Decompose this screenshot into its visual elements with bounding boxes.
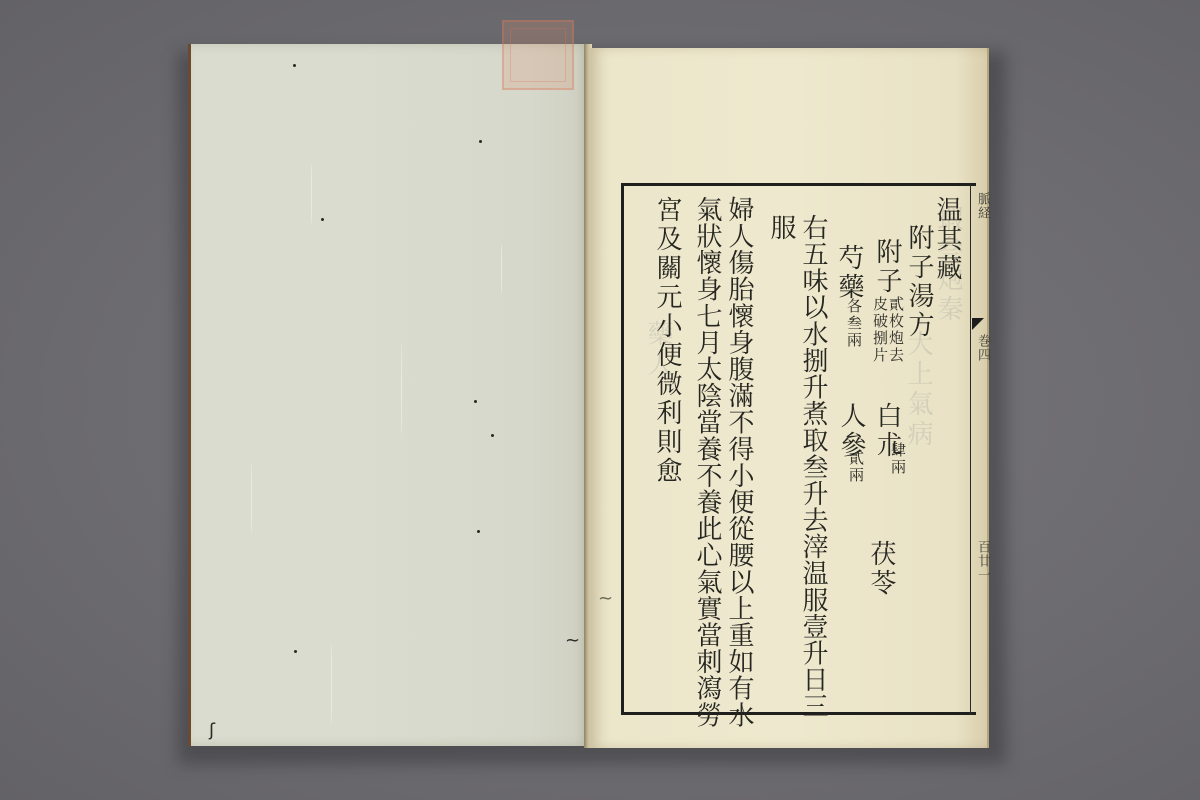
ingredient-fuzi-note-2: 皮破捌片	[872, 296, 887, 364]
library-seal-stamp	[502, 20, 574, 90]
fishtail-mark	[972, 318, 984, 330]
paper-fiber	[401, 344, 402, 434]
margin-chapter: 巻四	[973, 334, 992, 362]
ingredient-fuling: 茯苓	[868, 540, 894, 598]
text-column-1: 温其藏	[934, 196, 960, 283]
text-column-pregnancy-1: 婦人傷胎懷身腹滿不得小便從腰以上重如有水	[726, 196, 752, 728]
text-column-pregnancy-3: 宮及關元小便微利則愈	[654, 196, 680, 486]
paper-fiber	[501, 244, 502, 294]
ingredient-fuzi: 附子	[874, 238, 900, 296]
ink-speck	[293, 64, 296, 67]
text-column-2-prescription-title: 附子湯方	[906, 224, 932, 340]
ink-speck	[321, 218, 324, 221]
text-column-pregnancy-2: 氣狀懷身七月太陰當養不養此心氣實當刺瀉勞	[694, 196, 720, 728]
margin-title: 脈経	[973, 192, 992, 220]
ingredient-renshen-note: 貳兩	[848, 450, 863, 484]
ink-speck	[477, 530, 480, 533]
ink-speck	[294, 650, 297, 653]
paper-fiber	[331, 644, 332, 724]
ink-mark: ~	[598, 588, 613, 609]
paper-fiber	[251, 464, 252, 534]
ink-speck	[491, 434, 494, 437]
ink-speck	[479, 140, 482, 143]
ink-mark: ʃ	[209, 720, 215, 741]
ink-mark: ~	[565, 630, 580, 651]
text-column-fu: 服	[768, 214, 794, 243]
paper-fiber	[311, 164, 312, 224]
margin-page-number: 百廿一	[973, 540, 992, 582]
ingredient-shaoyao-note: 各叁兩	[846, 298, 861, 349]
center-fold-line	[970, 183, 971, 715]
ingredient-shaoyao: 芍藥	[836, 244, 862, 302]
left-page-endpaper: ~ ʃ	[188, 44, 589, 746]
ink-speck	[474, 400, 477, 403]
text-column-dosage-instructions: 右五味以水捌升煮取叁升去滓温服壹升日三	[800, 214, 826, 719]
ingredient-fuzi-note-1: 貳枚炮去	[888, 296, 903, 364]
ingredient-baizhu-note: 肆兩	[890, 442, 905, 476]
